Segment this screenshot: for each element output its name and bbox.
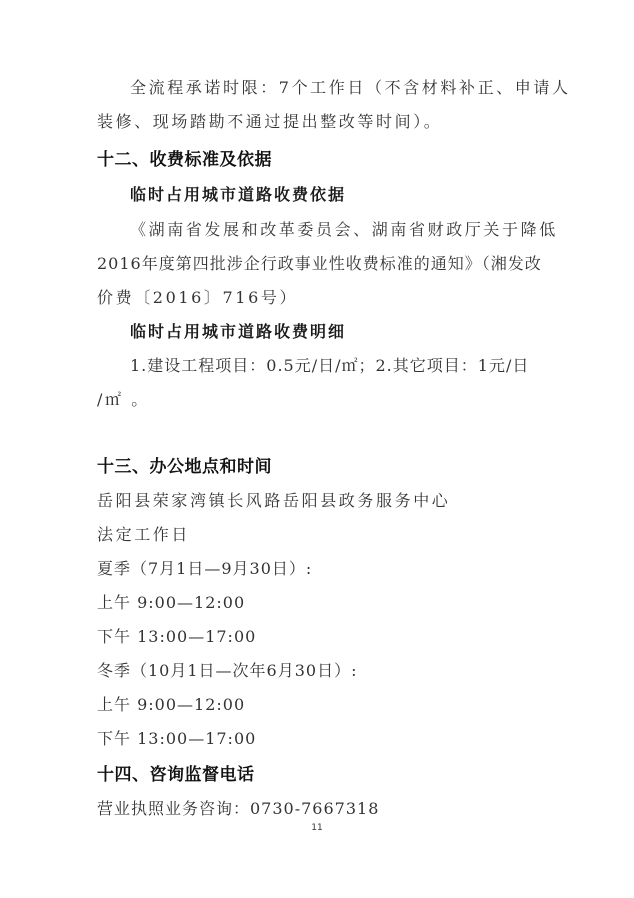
summer-afternoon-hours: 下午 13:00—17:00 bbox=[97, 627, 256, 647]
section-13-heading: 十三、办公地点和时间 bbox=[97, 457, 272, 477]
fee-basis-line-3: 价费〔2016〕716号） bbox=[97, 288, 298, 308]
document-page: 全流程承诺时限：7个工作日（不含材料补正、申请人 装修、现场踏勘不通过提出整改等… bbox=[0, 0, 634, 898]
summer-period: 夏季（7月1日—9月30日）: bbox=[97, 559, 312, 579]
fee-basis-title: 临时占用城市道路收费依据 bbox=[130, 185, 346, 205]
summer-morning-hours: 上午 9:00—12:00 bbox=[97, 593, 245, 613]
commitment-time-line-2: 装修、现场踏勘不通过提出整改等时间）。 bbox=[97, 112, 442, 132]
workdays-label: 法定工作日 bbox=[97, 525, 190, 545]
fee-detail-line-1: 1.建设工程项目：0.5元/日/㎡；2.其它项目：1元/日 bbox=[130, 356, 529, 376]
business-license-consult-phone: 营业执照业务咨询：0730-7667318 bbox=[97, 799, 379, 819]
section-12-heading: 十二、收费标准及依据 bbox=[97, 150, 272, 170]
office-address: 岳阳县荣家湾镇长风路岳阳县政务服务中心 bbox=[97, 491, 450, 511]
fee-detail-line-2: /㎡ 。 bbox=[97, 390, 150, 410]
fee-basis-line-1: 《湖南省发展和改革委员会、湖南省财政厅关于降低 bbox=[130, 220, 558, 240]
fee-detail-title: 临时占用城市道路收费明细 bbox=[130, 322, 346, 342]
fee-basis-line-2: 2016年度第四批涉企行政事业性收费标准的通知》（湘发改 bbox=[97, 254, 542, 274]
winter-morning-hours: 上午 9:00—12:00 bbox=[97, 695, 245, 715]
winter-period: 冬季（10月1日—次年6月30日）: bbox=[97, 661, 357, 681]
page-number: 11 bbox=[0, 823, 634, 833]
commitment-time-line-1: 全流程承诺时限：7个工作日（不含材料补正、申请人 bbox=[130, 78, 571, 98]
section-14-heading: 十四、咨询监督电话 bbox=[97, 765, 255, 785]
winter-afternoon-hours: 下午 13:00—17:00 bbox=[97, 729, 256, 749]
